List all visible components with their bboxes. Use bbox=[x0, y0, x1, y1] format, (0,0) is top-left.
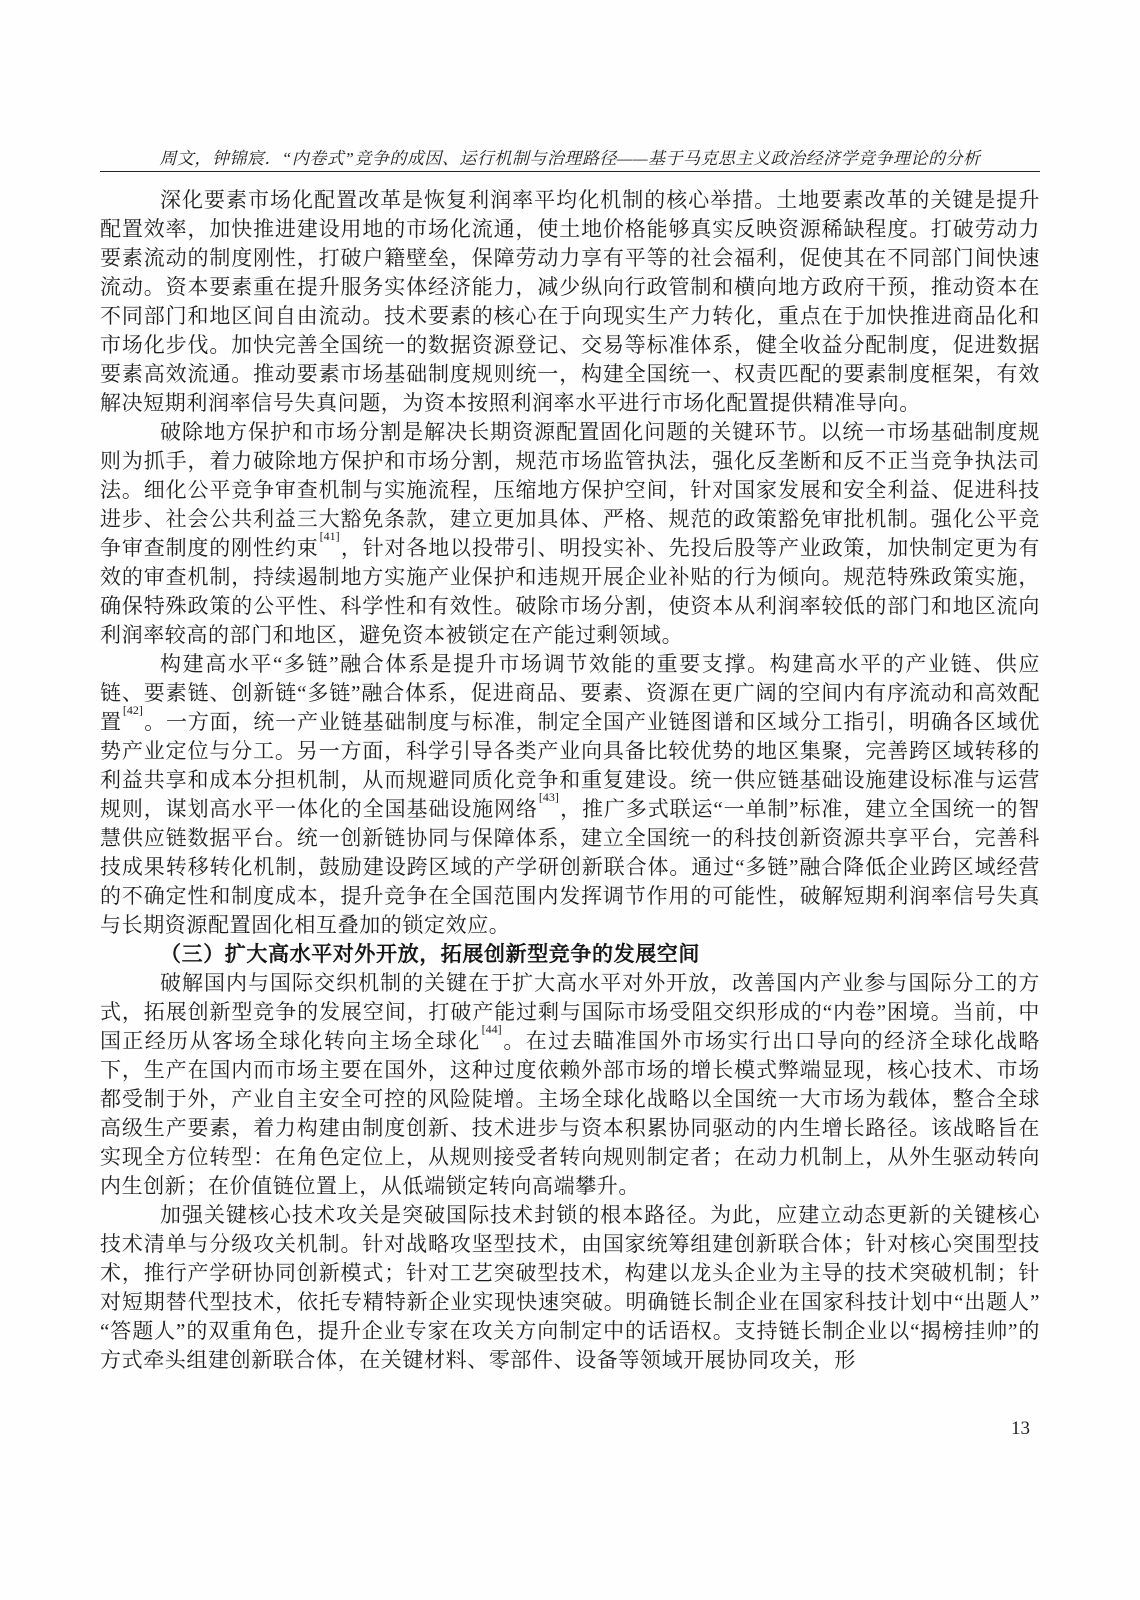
paragraph-local-protection: 破除地方保护和市场分割是解决长期资源配置固化问题的关键环节。以统一市场基础制度规… bbox=[100, 418, 1040, 650]
paragraph-core-technology: 加强关键核心技术攻关是突破国际技术封锁的根本路径。为此，应建立动态更新的关键核心… bbox=[100, 1201, 1040, 1375]
citation-ref: [43] bbox=[538, 790, 560, 804]
paragraph-multi-chain-integration: 构建高水平“多链”融合体系是提升市场调节效能的重要支撑。构建高水平的产业链、供应… bbox=[100, 650, 1040, 940]
citation-ref: [41] bbox=[319, 529, 341, 543]
paper-page: 周文，钟锦宸．“内卷式”竞争的成因、运行机制与治理路径——基于马克思主义政治经济… bbox=[0, 0, 1140, 1600]
paragraph-globalization: 破解国内与国际交织机制的关键在于扩大高水平对外开放，改善国内产业参与国际分工的方… bbox=[100, 969, 1040, 1201]
citation-ref: [44] bbox=[481, 1022, 503, 1036]
header-rule bbox=[100, 171, 1040, 172]
running-head: 周文，钟锦宸．“内卷式”竞争的成因、运行机制与治理路径——基于马克思主义政治经济… bbox=[100, 144, 1040, 169]
article-body: 深化要素市场化配置改革是恢复利润率平均化机制的核心举措。土地要素改革的关键是提升… bbox=[100, 186, 1040, 1375]
citation-ref: [42] bbox=[122, 703, 144, 717]
page-number: 13 bbox=[100, 1418, 1040, 1440]
section-heading-opening-up: （三）扩大高水平对外开放，拓展创新型竞争的发展空间 bbox=[100, 940, 1040, 969]
paragraph-factor-market-reform: 深化要素市场化配置改革是恢复利润率平均化机制的核心举措。土地要素改革的关键是提升… bbox=[100, 186, 1040, 418]
